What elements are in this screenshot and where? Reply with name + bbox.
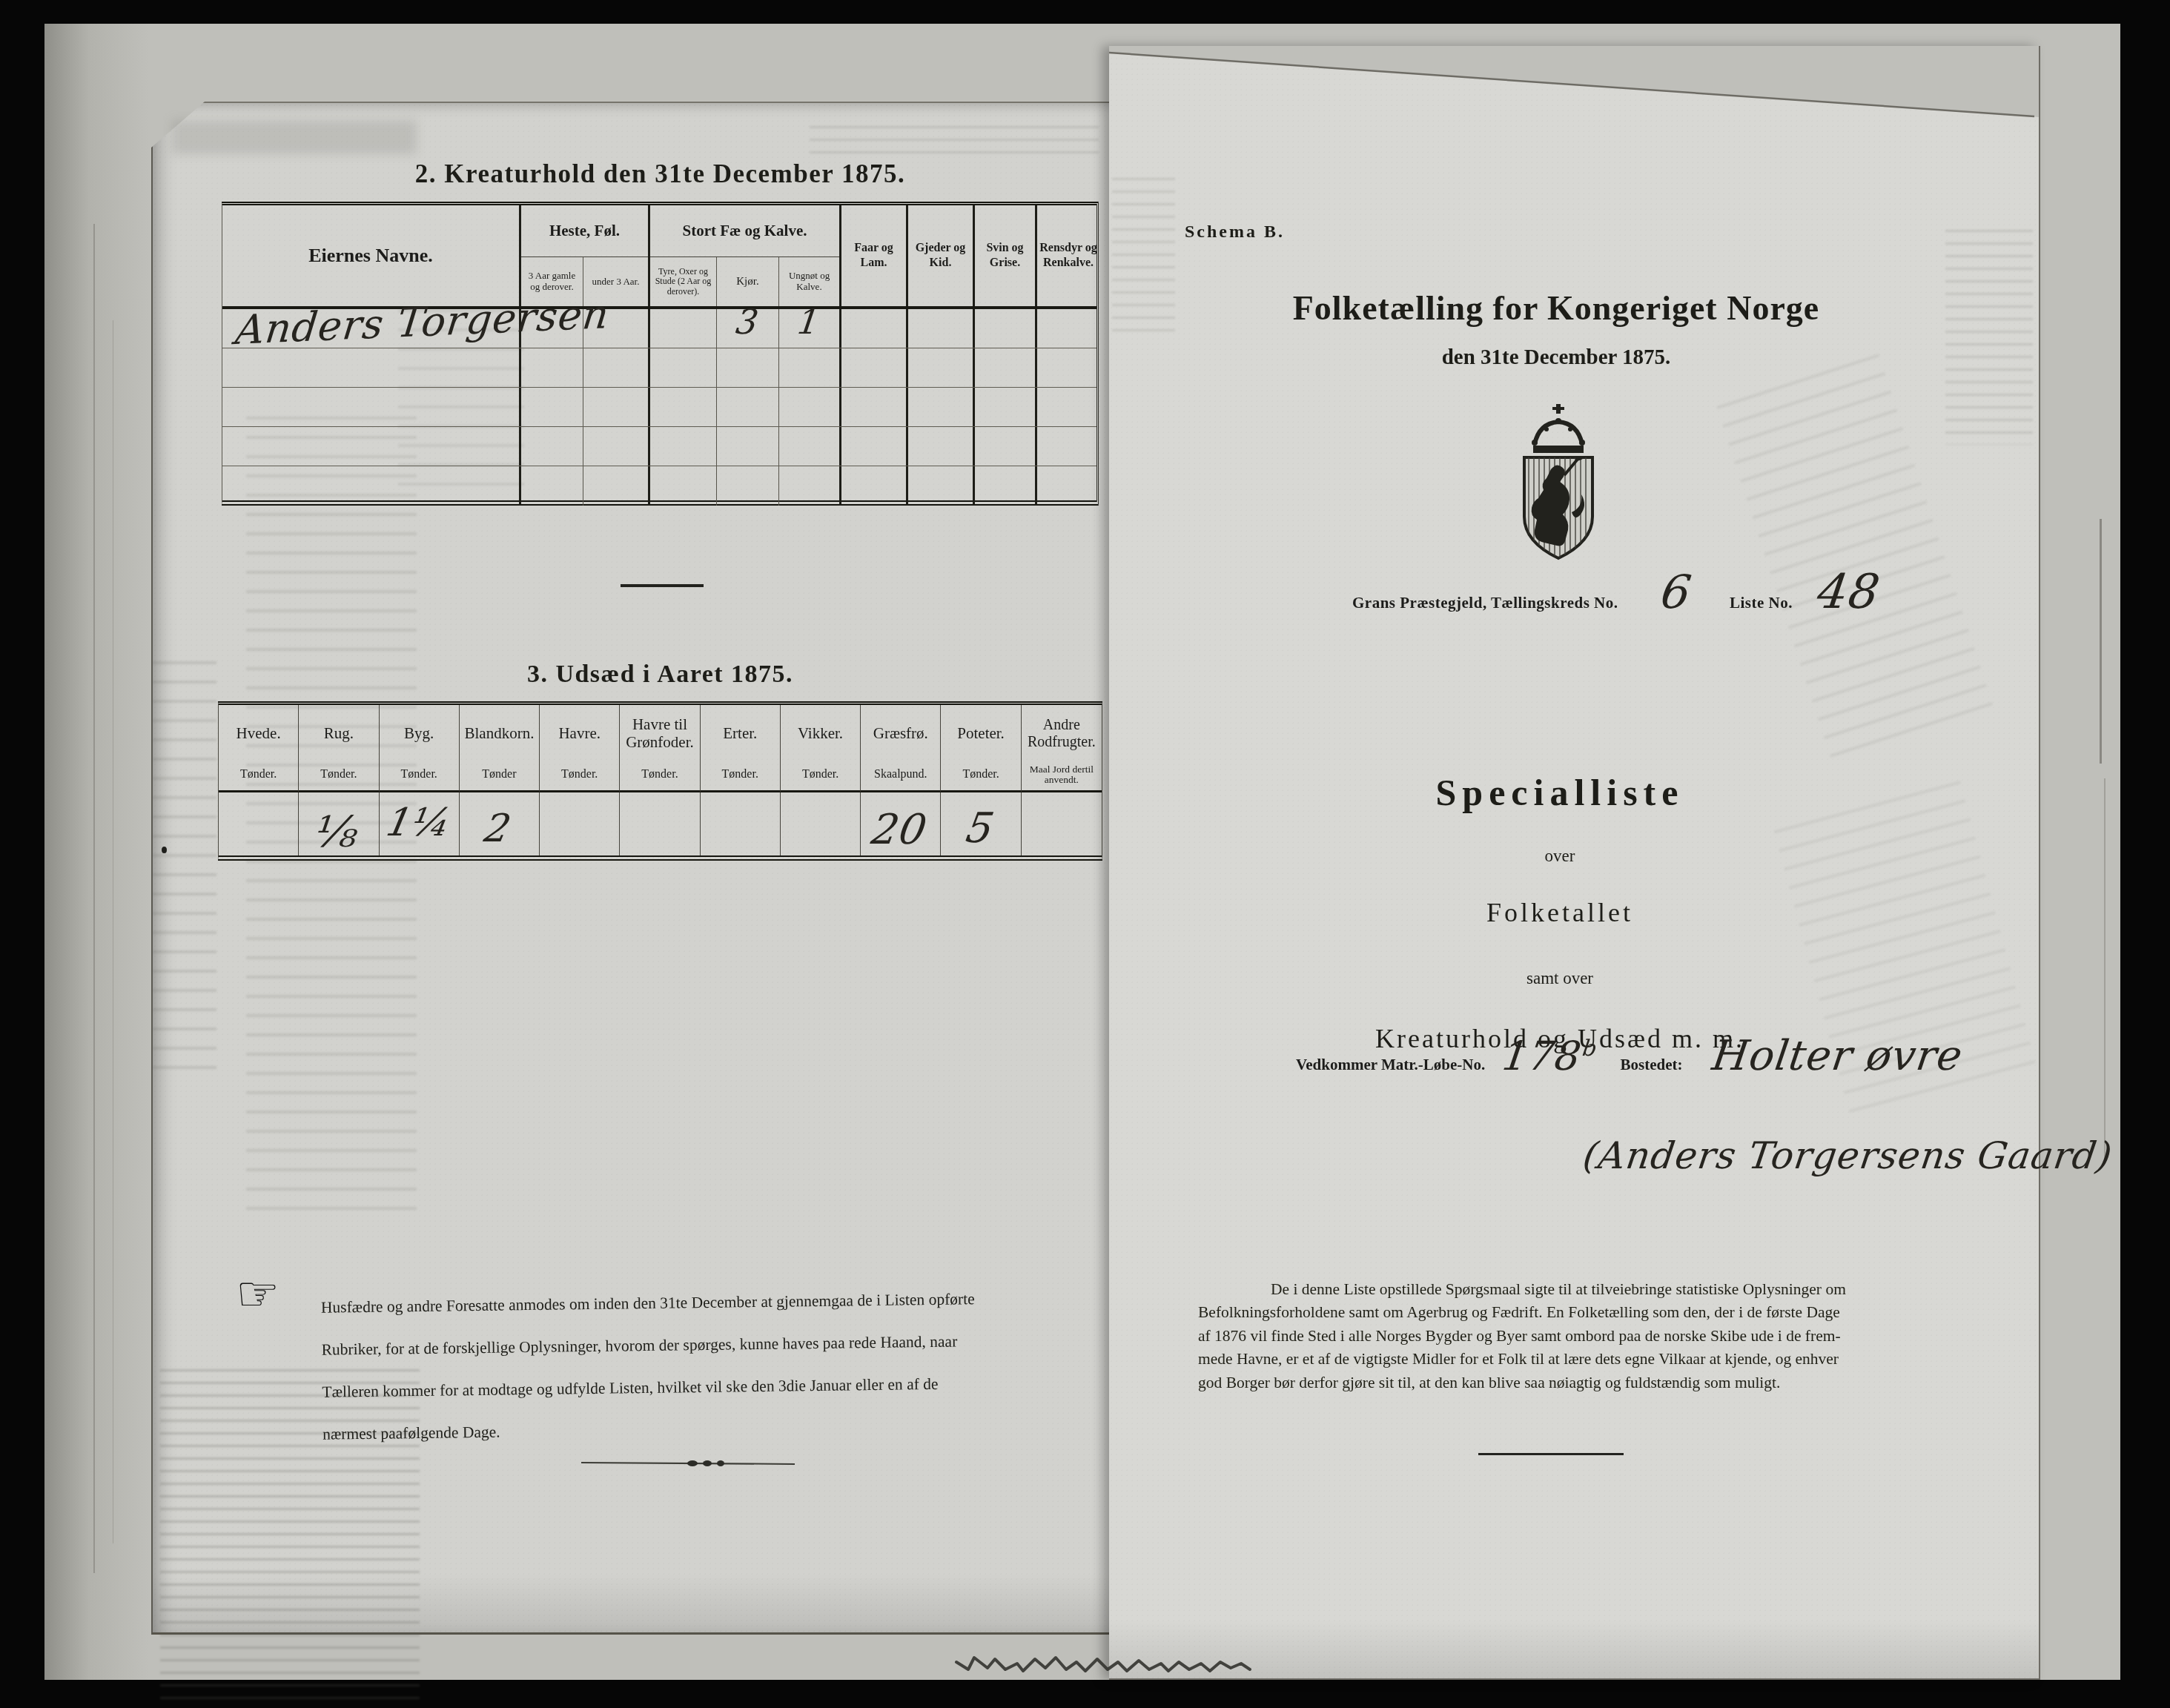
seed-value: 20	[868, 806, 931, 854]
seed-col-unit: Tønder.	[380, 762, 459, 790]
census-date-subtitle: den 31te December 1875.	[1091, 345, 2022, 370]
livestock-row-1: Anders Torgersen 3 1	[222, 309, 1096, 348]
cell-bulls-oxen	[650, 309, 717, 348]
seed-value: 5	[962, 804, 998, 853]
seed-col-unit: Tønder.	[781, 762, 860, 790]
special-list-title: Specialliste	[1094, 771, 2025, 814]
seed-header-graesfro: Græsfrø. Skaalpund.	[861, 705, 941, 792]
seed-header-blandkorn: Blandkorn. Tønder	[460, 705, 540, 792]
young-cattle-value: 1	[776, 302, 842, 342]
matrikkel-line: Vedkommer Matr.-Løbe-No. 178b Bostedet: …	[1296, 1032, 1962, 1080]
ghost-handwriting-upper	[1716, 354, 1997, 773]
ghost-bleedthrough-left-lower	[153, 661, 216, 1076]
seed-table: Hvede. Tønder. Rug. Tønder. Byg. Tønder.…	[218, 701, 1102, 861]
seed-col-name: Havre til Grønfoder.	[620, 705, 699, 762]
parish-district-line: Grans Præstegjeld, Tællingskreds No. 6 L…	[1352, 565, 1879, 620]
seed-header-vikker: Vikker. Tønder.	[781, 705, 861, 792]
seed-col-name: Byg.	[380, 705, 459, 762]
group-label-cattle: Stort Fæ og Kalve.	[650, 205, 839, 257]
ghost-bleedthrough-right-column	[1945, 230, 2033, 445]
group-label-horses: Heste, Føl.	[521, 205, 648, 257]
paragraph-line-3: af 1876 vil finde Sted i alle Norges Byg…	[1198, 1325, 1954, 1348]
bosted-value-handwritten: Holter øvre	[1709, 1032, 1965, 1080]
livestock-row-2	[222, 348, 1096, 388]
seed-col-name: Hvede.	[219, 705, 298, 762]
paragraph-line-1: De i denne Liste opstillede Spørgsmaal s…	[1198, 1278, 1954, 1301]
matrikkel-label: Vedkommer Matr.-Løbe-No.	[1296, 1056, 1485, 1074]
scanned-census-document: { "colors": { "paper_left": "#d2d2ce", "…	[0, 0, 2170, 1708]
subheader-cows: Kjør.	[717, 257, 779, 306]
cell-pigs	[975, 309, 1037, 348]
subheader-bulls-oxen: Tyre, Oxer og Stude (2 Aar og derover).	[650, 257, 717, 306]
backing-crease-left-2	[113, 320, 113, 1543]
header-owner-names: Eiernes Navne.	[222, 205, 521, 306]
paragraph-line-5: god Borger bør derfor gjøre sit til, at …	[1198, 1371, 1954, 1394]
backing-crease-right-2	[2104, 778, 2106, 1164]
seed-col-unit: Tønder.	[299, 762, 378, 790]
special-samt-over: samt over	[1094, 969, 2025, 988]
seed-col-name: Blandkorn.	[460, 705, 539, 762]
seed-col-unit: Tønder.	[620, 762, 699, 790]
liste-number-handwritten: 48	[1814, 565, 1884, 620]
district-number-handwritten: 6	[1657, 565, 1695, 619]
cell-goats	[908, 309, 975, 348]
subheader-young-cattle: Ungnøt og Kalve.	[779, 257, 839, 306]
right-page: Schema B. Folketælling for Kongeriget No…	[1109, 46, 2040, 1680]
cell-horses-3yr	[521, 309, 583, 348]
seed-header-byg: Byg. Tønder.	[380, 705, 460, 792]
ghost-bleedthrough-title-mirror	[810, 126, 1099, 156]
seed-value-vikker	[781, 792, 861, 855]
header-sheep: Faar og Lam.	[841, 205, 908, 306]
header-pigs: Svin og Grise.	[975, 205, 1037, 306]
seed-value: ⅛	[313, 807, 363, 857]
ink-dot	[162, 847, 167, 853]
livestock-table-title: 2. Kreaturhold den 31te December 1875.	[222, 159, 1099, 189]
seed-value-graesfro: 20	[861, 792, 941, 855]
livestock-row-3	[222, 388, 1096, 427]
seed-table-title: 3. Udsæd i Aaret 1875.	[218, 661, 1102, 689]
farm-note-handwritten: (Anders Torgersens Gaard)	[1581, 1134, 2115, 1177]
coat-of-arms-icon	[1509, 404, 1607, 563]
statistics-paragraph: De i denne Liste opstillede Spørgsmaal s…	[1198, 1278, 1954, 1394]
right-page-top-trim	[1109, 46, 2039, 120]
cell-horses-under3	[583, 309, 650, 348]
closing-rule	[1478, 1453, 1624, 1455]
liste-label: Liste No.	[1730, 594, 1793, 612]
seed-header-erter: Erter. Tønder.	[701, 705, 781, 792]
cell-young-cattle: 1	[779, 309, 841, 348]
seed-value-blandkorn: 2	[460, 792, 540, 855]
seed-col-unit: Tønder.	[701, 762, 780, 790]
livestock-row-4	[222, 427, 1096, 466]
seed-col-name: Rug.	[299, 705, 378, 762]
section-separator-rule	[621, 584, 704, 587]
backing-left-shade	[44, 24, 156, 1680]
seed-col-unit: Tønder	[460, 762, 539, 790]
left-page-top-smudge	[172, 120, 417, 154]
schema-label: Schema B.	[1185, 222, 1285, 242]
seed-col-name: Vikker.	[781, 705, 860, 762]
seed-value-erter	[701, 792, 781, 855]
seed-col-unit: Tønder.	[941, 762, 1020, 790]
seed-header-rug: Rug. Tønder.	[299, 705, 379, 792]
seed-value-rodfrugter	[1022, 792, 1102, 855]
owner-name-cell: Anders Torgersen	[222, 309, 521, 348]
seed-value-poteter: 5	[941, 792, 1021, 855]
seed-col-name: Erter.	[701, 705, 780, 762]
livestock-row-5	[222, 466, 1096, 506]
header-goats: Gjeder og Kid.	[908, 205, 975, 306]
census-title: Folketælling for Kongeriget Norge	[1091, 288, 2022, 328]
bosted-label: Bostedet:	[1621, 1056, 1683, 1074]
footer-instruction-text: Husfædre og andre Foresatte anmodes om i…	[321, 1277, 1079, 1455]
header-group-cattle: Stort Fæ og Kalve. Tyre, Oxer og Stude (…	[650, 205, 841, 306]
cell-cows: 3	[717, 309, 779, 348]
seed-value-gronfoder	[620, 792, 700, 855]
ink-smear-mark	[581, 1459, 796, 1468]
seed-col-name: Andre Rodfrugter.	[1022, 705, 1102, 762]
seed-header-rodfrugter: Andre Rodfrugter. Maal Jord dertil anven…	[1022, 705, 1102, 792]
seed-header-gronfoder: Havre til Grønfoder. Tønder.	[620, 705, 700, 792]
livestock-table: Eiernes Navne. Heste, Føl. 3 Aar gamle o…	[222, 202, 1099, 506]
seed-value: 2	[481, 807, 516, 851]
seed-value-rug: ⅛	[299, 792, 379, 855]
seed-value: 1¼	[383, 801, 455, 845]
seed-col-unit: Tønder.	[540, 762, 619, 790]
seed-header-poteter: Poteter. Tønder.	[941, 705, 1021, 792]
special-folketallet: Folketallet	[1094, 897, 2025, 928]
matrikkel-number: 178	[1500, 1033, 1585, 1079]
seed-header-havre: Havre. Tønder.	[540, 705, 620, 792]
seed-col-unit: Tønder.	[219, 762, 298, 790]
backing-crease-right-1	[2100, 519, 2102, 764]
special-over: over	[1094, 847, 2025, 866]
backing-crease-left-1	[93, 224, 95, 1573]
seed-col-name: Havre.	[540, 705, 619, 762]
seed-col-name: Græsfrø.	[861, 705, 940, 762]
seed-value-byg: 1¼	[380, 792, 460, 855]
parish-label: Grans Præstegjeld, Tællingskreds No.	[1352, 594, 1618, 612]
left-page: 2. Kreaturhold den 31te December 1875. E…	[151, 102, 1109, 1635]
seed-header-hvede: Hvede. Tønder.	[219, 705, 299, 792]
matrikkel-number-suffix: b	[1581, 1036, 1599, 1062]
matrikkel-number-handwritten: 178b	[1500, 1033, 1600, 1079]
cell-sheep	[841, 309, 908, 348]
seed-value-hvede	[219, 792, 299, 855]
seed-col-unit: Skaalpund.	[861, 762, 940, 790]
seed-col-unit: Maal Jord dertil anvendt.	[1022, 762, 1102, 790]
footer-line-4: nærmest paafølgende Dage.	[322, 1403, 1079, 1455]
manicule-icon: ☞	[236, 1265, 279, 1323]
squiggle-mark	[952, 1650, 1263, 1683]
paragraph-line-4: mede Havne, er et af de vigtigste Midler…	[1198, 1348, 1954, 1371]
paragraph-line-2: Befolkningsforholdene samt om Agerbrug o…	[1198, 1301, 1954, 1324]
seed-value-havre	[540, 792, 620, 855]
livestock-table-header: Eiernes Navne. Heste, Føl. 3 Aar gamle o…	[222, 205, 1096, 309]
cows-value: 3	[714, 302, 781, 342]
seed-col-name: Poteter.	[941, 705, 1020, 762]
